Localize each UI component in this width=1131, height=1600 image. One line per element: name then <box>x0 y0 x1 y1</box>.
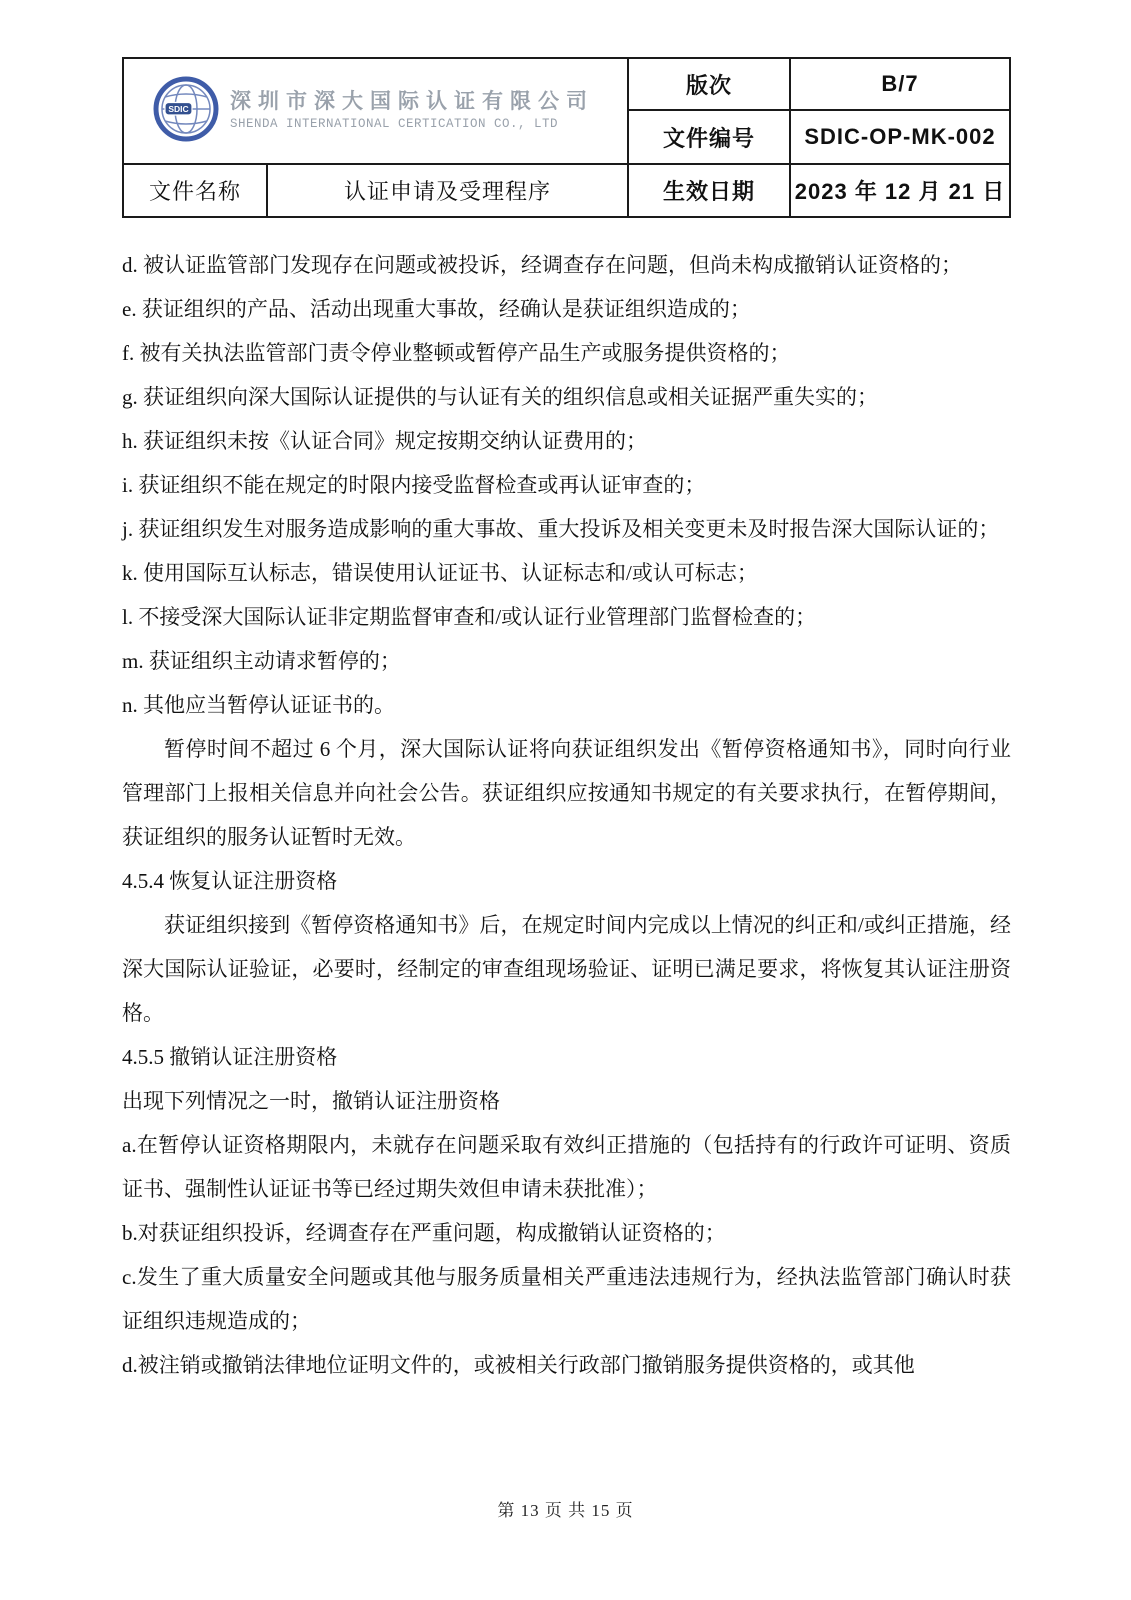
doc-name-value-cell: 认证申请及受理程序 <box>268 165 629 216</box>
document-page: SDIC 深圳市深大国际认证有限公司 SHENDA INTERNATIONAL … <box>0 0 1131 1600</box>
effective-date-label-cell: 生效日期 <box>629 165 791 216</box>
version-label-cell: 版次 <box>629 59 791 111</box>
body-paragraph: k. 使用国际互认标志，错误使用认证证书、认证标志和/或认可标志； <box>122 551 1011 595</box>
doc-number-label-cell: 文件编号 <box>629 111 791 165</box>
body-paragraph: l. 不接受深大国际认证非定期监督审查和/或认证行业管理部门监督检查的； <box>122 595 1011 639</box>
document-body: d. 被认证监管部门发现存在问题或被投诉，经调查存在问题，但尚未构成撤销认证资格… <box>122 243 1011 1387</box>
document-header-table: SDIC 深圳市深大国际认证有限公司 SHENDA INTERNATIONAL … <box>122 57 1011 218</box>
company-name-cn: 深圳市深大国际认证有限公司 <box>230 89 594 115</box>
company-logo-cell: SDIC 深圳市深大国际认证有限公司 SHENDA INTERNATIONAL … <box>124 59 629 165</box>
body-paragraph: h. 获证组织未按《认证合同》规定按期交纳认证费用的； <box>122 419 1011 463</box>
body-paragraph: i. 获证组织不能在规定的时限内接受监督检查或再认证审查的； <box>122 463 1011 507</box>
page-footer: 第 13 页 共 15 页 <box>0 1496 1131 1521</box>
company-logo-globe-icon: SDIC <box>152 75 220 148</box>
company-name-en: SHENDA INTERNATIONAL CERTICATION CO., LT… <box>230 115 594 133</box>
body-paragraph: d. 被认证监管部门发现存在问题或被投诉，经调查存在问题，但尚未构成撤销认证资格… <box>122 243 1011 287</box>
body-paragraph: b.对获证组织投诉，经调查存在严重问题，构成撤销认证资格的； <box>122 1211 1011 1255</box>
body-paragraph: n. 其他应当暂停认证证书的。 <box>122 683 1011 727</box>
doc-name-label-cell: 文件名称 <box>124 165 268 216</box>
body-paragraph: 4.5.4 恢复认证注册资格 <box>122 859 1011 903</box>
body-paragraph: m. 获证组织主动请求暂停的； <box>122 639 1011 683</box>
body-paragraph: d.被注销或撤销法律地位证明文件的，或被相关行政部门撤销服务提供资格的，或其他 <box>122 1343 1011 1387</box>
body-paragraph: g. 获证组织向深大国际认证提供的与认证有关的组织信息或相关证据严重失实的； <box>122 375 1011 419</box>
body-paragraph: j. 获证组织发生对服务造成影响的重大事故、重大投诉及相关变更未及时报告深大国际… <box>122 507 1011 551</box>
body-paragraph: f. 被有关执法监管部门责令停业整顿或暂停产品生产或服务提供资格的； <box>122 331 1011 375</box>
body-paragraph: 4.5.5 撤销认证注册资格 <box>122 1035 1011 1079</box>
body-paragraph: 获证组织接到《暂停资格通知书》后，在规定时间内完成以上情况的纠正和/或纠正措施，… <box>122 903 1011 1035</box>
company-name-block: 深圳市深大国际认证有限公司 SHENDA INTERNATIONAL CERTI… <box>230 89 594 133</box>
body-paragraph: e. 获证组织的产品、活动出现重大事故，经确认是获证组织造成的； <box>122 287 1011 331</box>
effective-date-value-cell: 2023 年 12 月 21 日 <box>791 165 1009 216</box>
body-paragraph: c.发生了重大质量安全问题或其他与服务质量相关严重违法违规行为，经执法监管部门确… <box>122 1255 1011 1343</box>
svg-text:SDIC: SDIC <box>168 104 188 114</box>
body-paragraph: a.在暂停认证资格期限内，未就存在问题采取有效纠正措施的（包括持有的行政许可证明… <box>122 1123 1011 1211</box>
version-value-cell: B/7 <box>791 59 1009 111</box>
doc-number-value-cell: SDIC-OP-MK-002 <box>791 111 1009 165</box>
body-paragraph: 出现下列情况之一时，撤销认证注册资格 <box>122 1079 1011 1123</box>
body-paragraph: 暂停时间不超过 6 个月，深大国际认证将向获证组织发出《暂停资格通知书》，同时向… <box>122 727 1011 859</box>
